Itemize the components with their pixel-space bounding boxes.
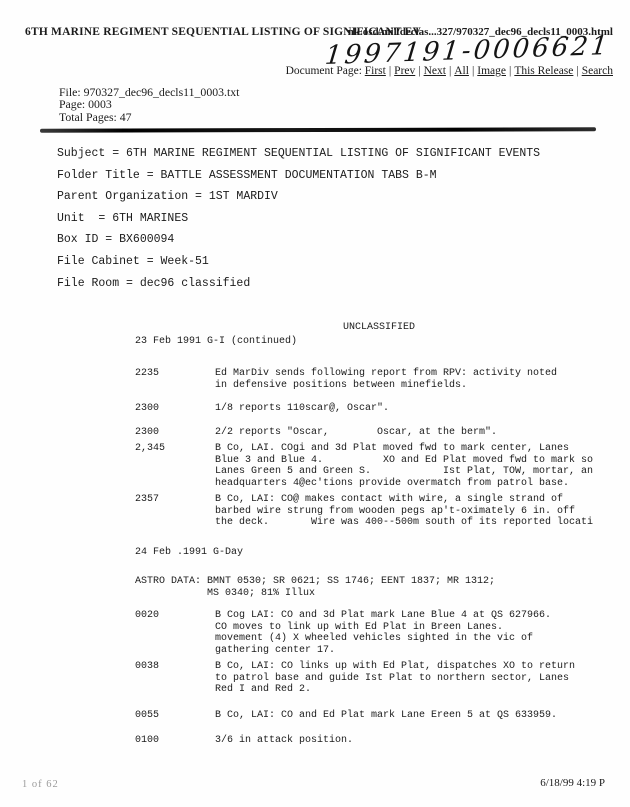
event-time: 2357 [135, 494, 215, 529]
event-time: 2235 [135, 368, 215, 391]
event-entry: 2357 B Co, LAI: CO@ makes contact with w… [135, 494, 593, 529]
event-time: 2300 [135, 427, 215, 439]
event-text: B Co, LAI. COgi and 3d Plat moved fwd to… [215, 443, 593, 489]
event-text: B Co, LAI: CO links up with Ed Plat, dis… [215, 661, 575, 696]
event-text: 3/6 in attack position. [215, 735, 353, 747]
event-text: B Cog LAI: CO and 3d Plat mark Lane Blue… [215, 610, 551, 656]
nav-link-next[interactable]: Next [424, 65, 446, 77]
nav-link-search[interactable]: Search [582, 65, 613, 77]
event-time: 2,345 [135, 443, 215, 489]
event-entry: 0055 B Co, LAI: CO and Ed Plat mark Lane… [135, 710, 557, 722]
metadata-parent-organization: Parent Organization = 1ST MARDIV [57, 190, 540, 212]
event-entry: 2,345 B Co, LAI. COgi and 3d Plat moved … [135, 443, 593, 489]
event-text: Ed MarDiv sends following report from RP… [215, 368, 557, 391]
event-time: 2300 [135, 403, 215, 415]
event-time: 0038 [135, 661, 215, 696]
nav-link-image[interactable]: Image [477, 65, 506, 77]
event-entry: 0038 B Co, LAI: CO links up with Ed Plat… [135, 661, 575, 696]
event-text: 2/2 reports "Oscar, Oscar, at the berm". [215, 427, 497, 439]
classification-marking: UNCLASSIFIED [343, 322, 415, 333]
nav-separator: | [446, 65, 454, 77]
event-entry: 0100 3/6 in attack position. [135, 735, 353, 747]
metadata-subject: Subject = 6TH MARINE REGIMENT SEQUENTIAL… [57, 147, 540, 169]
nav-link-this-release[interactable]: This Release [514, 65, 573, 77]
file-info: File: 970327_dec96_decls11_0003.txt Page… [59, 86, 239, 123]
metadata-file-cabinet: File Cabinet = Week-51 [57, 255, 540, 277]
astro-data: ASTRO DATA: BMNT 0530; SR 0621; SS 1746;… [135, 576, 495, 599]
nav-link-all[interactable]: All [454, 65, 469, 77]
day-heading: 24 Feb .1991 G-Day [135, 547, 243, 558]
event-entry: 0020 B Cog LAI: CO and 3d Plat mark Lane… [135, 610, 551, 656]
event-entry: 2300 1/8 reports 110scar@, Oscar". [135, 403, 389, 415]
footer-page-count: 1 of 62 [22, 779, 59, 790]
document-page-nav: Document Page: First|Prev|Next|All|Image… [286, 65, 613, 77]
metadata-file-room: File Room = dec96 classified [57, 277, 540, 299]
event-text: B Co, LAI: CO and Ed Plat mark Lane Eree… [215, 710, 557, 722]
nav-separator: | [573, 65, 581, 77]
file-total-pages: Total Pages: 47 [59, 111, 239, 123]
metadata-unit: Unit = 6TH MARINES [57, 212, 540, 234]
nav-separator: | [415, 65, 423, 77]
nav-link-prev[interactable]: Prev [394, 65, 415, 77]
nav-separator: | [386, 65, 394, 77]
nav-link-first[interactable]: First [365, 65, 386, 77]
event-time: 0055 [135, 710, 215, 722]
day-heading: 23 Feb 1991 G-I (continued) [135, 336, 297, 347]
printed-webpage: 6TH MARINE REGIMENT SEQUENTIAL LISTING O… [0, 0, 630, 807]
event-time: 0100 [135, 735, 215, 747]
metadata-folder-title: Folder Title = BATTLE ASSESSMENT DOCUMEN… [57, 169, 540, 191]
record-metadata: Subject = 6TH MARINE REGIMENT SEQUENTIAL… [57, 147, 540, 298]
event-entry: 2235 Ed MarDiv sends following report fr… [135, 368, 557, 391]
footer-print-timestamp: 6/18/99 4:19 P [540, 777, 605, 789]
event-text: 1/8 reports 110scar@, Oscar". [215, 403, 389, 415]
file-page: Page: 0003 [59, 98, 239, 110]
event-time: 0020 [135, 610, 215, 656]
nav-label: Document Page: [286, 65, 362, 77]
horizontal-rule [40, 127, 596, 132]
metadata-box-id: Box ID = BX600094 [57, 233, 540, 255]
event-text: B Co, LAI: CO@ makes contact with wire, … [215, 494, 593, 529]
event-entry: 2300 2/2 reports "Oscar, Oscar, at the b… [135, 427, 497, 439]
